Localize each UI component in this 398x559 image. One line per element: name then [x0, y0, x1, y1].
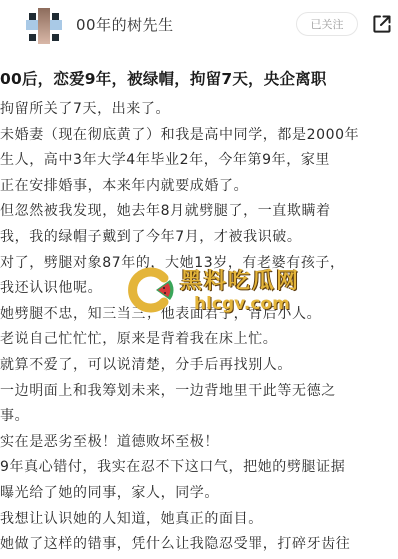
watermark-name: 黑料吃瓜网 [180, 264, 300, 295]
body-line: 9年真心错付，我实在忍不下这口气，把她的劈腿证据 [0, 455, 398, 481]
avatar-pixel [52, 13, 59, 20]
avatar-pixel [52, 34, 59, 41]
body-line: 但忽然被我发现，她去年8月就劈腿了，一直欺瞒着 [0, 199, 398, 225]
body-line: 一边明面上和我筹划未来，一边背地里干此等无德之 [0, 379, 398, 405]
post-title: 00后，恋爱9年，被绿帽，拘留7天，央企离职 [0, 67, 327, 89]
body-line: 她做了这样的错事，凭什么让我隐忍受罪，打碎牙齿往 [0, 532, 398, 558]
share-icon[interactable] [372, 14, 392, 34]
post-body: 拘留所关了7天，出来了。 未婚妻（现在彻底黄了）和我是高中同学，都是2000年 … [0, 97, 398, 558]
body-line: 生人，高中3年大学4年毕业2年，今年第9年，家里 [0, 148, 398, 174]
watermark: 黑料吃瓜网 hlcgv.com [122, 262, 322, 320]
body-line: 我想让认识她的人知道，她真正的面目。 [0, 507, 398, 533]
avatar-pixel [29, 34, 36, 41]
body-line: 未婚妻（现在彻底黄了）和我是高中同学，都是2000年 [0, 123, 398, 149]
watermark-url: hlcgv.com [194, 294, 290, 314]
body-line: 我，我的绿帽子戴到了今年7月，才被我识破。 [0, 225, 398, 251]
avatar-pixel-center [38, 8, 50, 44]
body-line: 就算不爱了，可以说清楚，分手后再找别人。 [0, 353, 398, 379]
following-button[interactable]: 已关注 [296, 12, 358, 36]
avatar-pixel [29, 13, 36, 20]
avatar[interactable] [26, 6, 62, 44]
body-line: 正在安排婚事，本来年内就要成婚了。 [0, 174, 398, 200]
post-header: 00年的树先生 已关注 [0, 0, 398, 50]
body-line: 老说自己忙忙忙，原来是背着我在床上忙。 [0, 327, 398, 353]
body-line: 拘留所关了7天，出来了。 [0, 97, 398, 123]
body-line: 曝光给了她的同事，家人，同学。 [0, 481, 398, 507]
username[interactable]: 00年的树先生 [76, 14, 174, 35]
watermark-logo-icon [126, 266, 174, 314]
body-line: 事。 [0, 404, 398, 430]
body-line: 实在是恶劣至极！道德败坏至极！ [0, 430, 398, 456]
